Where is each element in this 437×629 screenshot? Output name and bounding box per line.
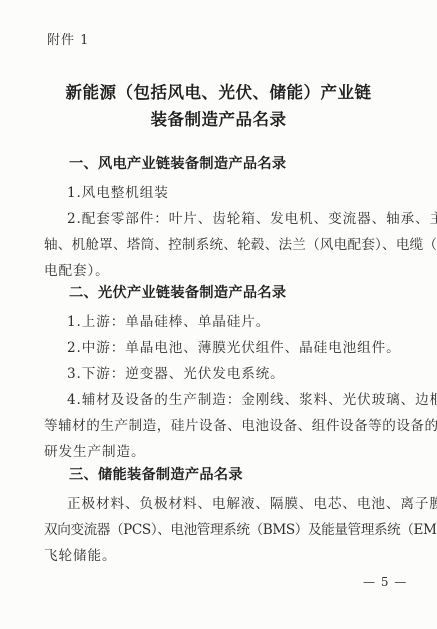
document-title-line-1: 新能源（包括风电、光伏、储能）产业链 xyxy=(0,79,437,103)
document-title-line-2: 装备制造产品名录 xyxy=(0,106,437,130)
paragraph-line: 电配套）。 xyxy=(44,259,110,279)
paragraph-line: 飞轮储能。 xyxy=(44,544,116,564)
paragraph-line: 4.辅材及设备的生产制造：金刚线、浆料、光伏玻璃、边框 xyxy=(67,388,437,408)
paragraph-line: 3.下游：逆变器、光伏发电系统。 xyxy=(67,362,285,382)
paragraph-line: 2.配套零部件：叶片、齿轮箱、发电机、变流器、轴承、主 xyxy=(67,207,437,227)
paragraph-line: 1.风电整机组装 xyxy=(67,181,169,201)
section-heading-wind: 一、风电产业链装备制造产品名录 xyxy=(69,153,286,173)
page-number: — 5 — xyxy=(363,575,407,589)
paragraph-line: 等辅材的生产制造，硅片设备、电池设备、组件设备等的设备的 xyxy=(44,414,437,434)
paragraph-line: 正极材料、负极材料、电解液、隔膜、电芯、电池、离子膜、 xyxy=(67,492,437,512)
paragraph-line: 1.上游：单晶硅棒、单晶硅片。 xyxy=(67,310,270,330)
paragraph-line: 轴、机舱罩、塔筒、控制系统、轮毂、法兰（风电配套）、电缆（风 xyxy=(44,233,437,253)
document-page: 附件 1 新能源（包括风电、光伏、储能）产业链 装备制造产品名录 一、风电产业链… xyxy=(0,0,437,629)
paragraph-line: 研发生产制造。 xyxy=(44,440,145,460)
section-heading-energy-storage: 三、储能装备制造产品名录 xyxy=(69,464,243,484)
section-heading-photovoltaic: 二、光伏产业链装备制造产品名录 xyxy=(69,282,286,302)
paragraph-line: 2.中游：单晶电池、薄膜光伏组件、晶硅电池组件。 xyxy=(67,336,401,356)
paragraph-line: 双向变流器（PCS）、电池管理系统（BMS）及能量管理系统（EMS）、 xyxy=(44,518,437,538)
attachment-label: 附件 1 xyxy=(47,29,89,48)
